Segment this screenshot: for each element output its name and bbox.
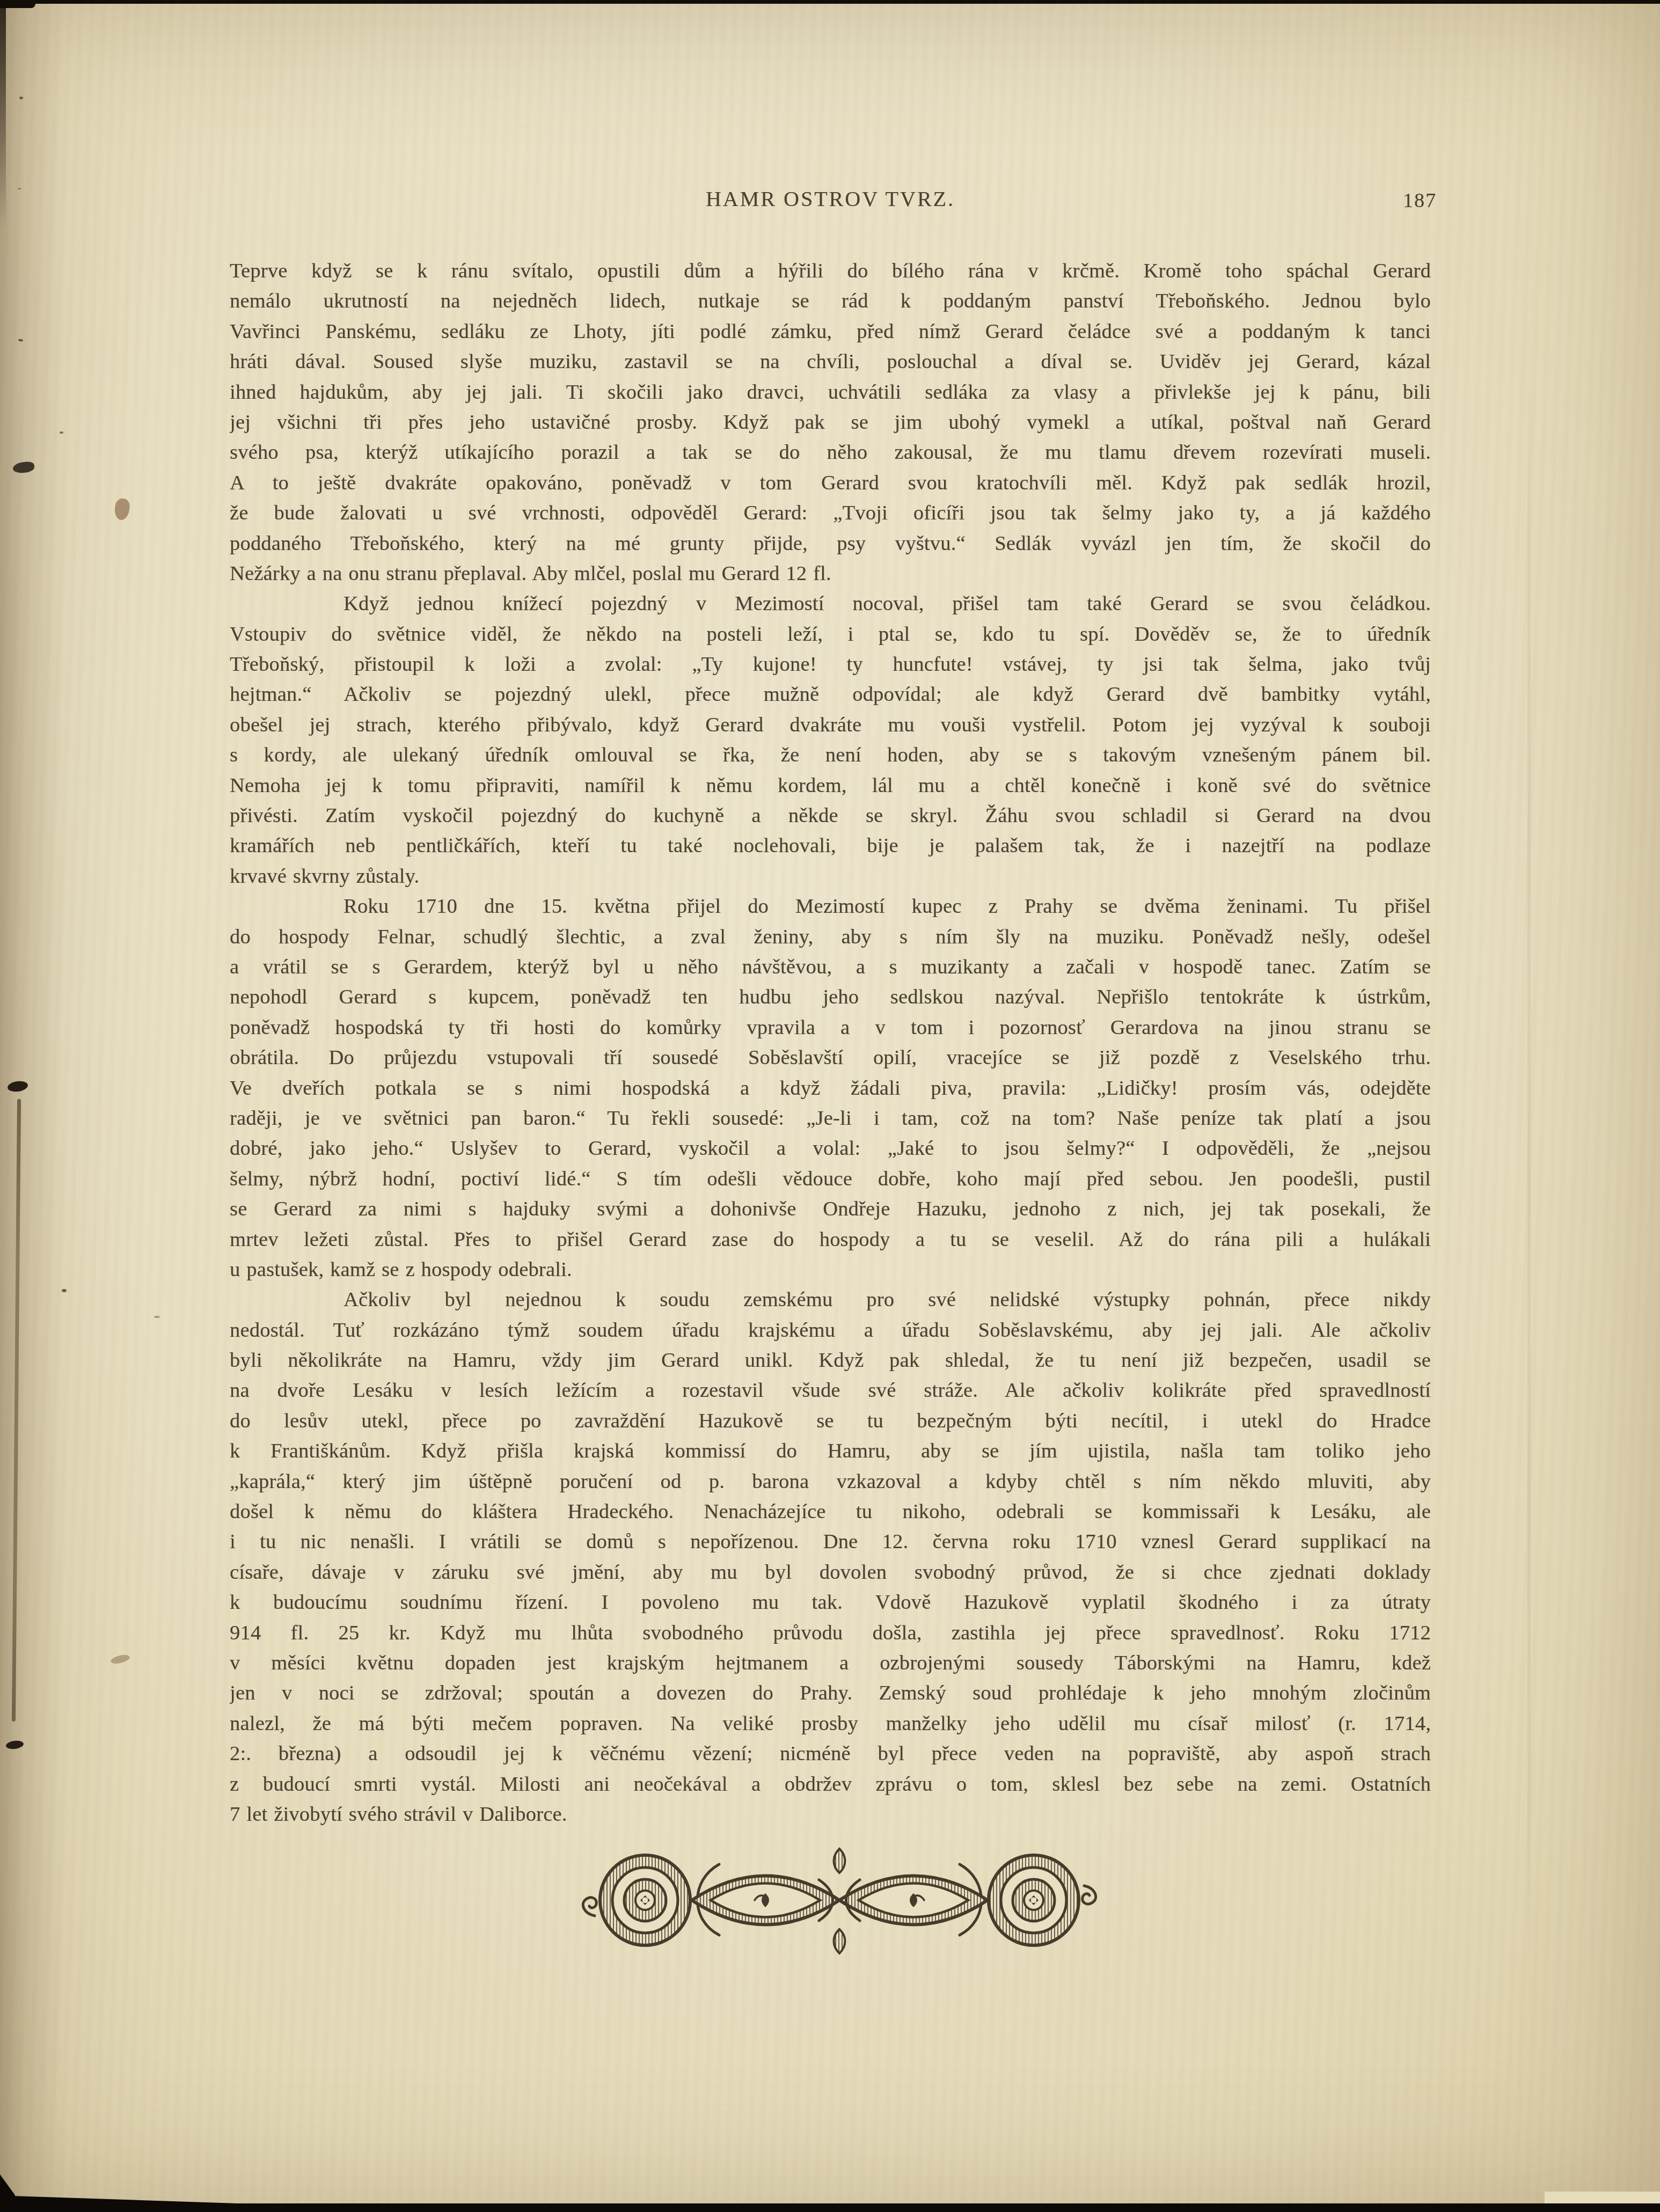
text-line: v měsíci květnu dopaden jest krajským he… — [230, 1648, 1431, 1678]
text-line: nemálo ukrutností na nejedněch lidech, n… — [230, 286, 1431, 316]
text-line: nedostál. Tuť rozkázáno týmž soudem úřad… — [230, 1315, 1431, 1345]
text-line: nepohodl Gerard s kupcem, poněvadž ten h… — [230, 982, 1431, 1012]
text-line: mrtev ležeti zůstal. Přes to přišel Gera… — [230, 1225, 1431, 1255]
text-line: do lesův utekl, přece po zavraždění Hazu… — [230, 1406, 1431, 1436]
page-gutter-shadow-top — [0, 0, 6, 231]
text-line: poddaného Třeboňského, který na mé grunt… — [230, 529, 1431, 559]
scan-edge-bottom — [0, 2203, 1660, 2212]
text-line: krvavé skvrny zůstaly. — [230, 861, 1431, 891]
text-line: svého psa, kterýž utíkajícího porazil a … — [230, 437, 1431, 467]
text-line: Vavřinci Panskému, sedláku ze Lhoty, jít… — [230, 317, 1431, 347]
text-line: „kaprála,“ který jim úštěpně poručení od… — [230, 1467, 1431, 1497]
page-gutter-shadow — [0, 0, 64, 2212]
text-line: do hospody Felnar, schudlý šlechtic, a z… — [230, 922, 1431, 952]
text-line: přivésti. Zatím vyskočil pojezdný do kuc… — [230, 801, 1431, 831]
text-line: Když jednou knížecí pojezdný v Mezimostí… — [230, 589, 1431, 619]
text-line: Nežárky a na onu stranu přeplaval. Aby m… — [230, 559, 1431, 589]
text-line: se Gerard za nimi s hajduky svými a doho… — [230, 1194, 1431, 1224]
text-line: hejtman.“ Ačkoliv se pojezdný ulekl, pře… — [230, 679, 1431, 709]
text-line: obrátila. Do průjezdu vstupovali tří sou… — [230, 1043, 1431, 1073]
text-line: 914 fl. 25 kr. Když mu lhůta svobodného … — [230, 1618, 1431, 1648]
tailpiece-ornament-graphic — [576, 1846, 1102, 1956]
text-line: že bude žalovati u své vrchnosti, odpově… — [230, 498, 1431, 528]
text-line: kramářích neb pentličkářích, kteří tu ta… — [230, 831, 1431, 861]
text-line: 2:. března) a odsoudil jej k věčnému věz… — [230, 1739, 1431, 1769]
text-line: k Františkánům. Když přišla krajská komm… — [230, 1436, 1431, 1466]
text-line: obešel jej strach, kterého přibývalo, kd… — [230, 710, 1431, 740]
page-header: HAMR OSTROV TVRZ. 187 — [230, 188, 1431, 220]
text-line: hráti dával. Soused slyše muziku, zastav… — [230, 347, 1431, 377]
text-line: jej všichni tři přes jeho ustavičné pros… — [230, 407, 1431, 437]
text-line: na dvoře Lesáku v lesích ležícím a rozes… — [230, 1375, 1431, 1405]
text-line: i tu nic nenašli. I vrátili se domů s ne… — [230, 1527, 1431, 1557]
scan-edge-corner — [1545, 2192, 1660, 2203]
text-line: Nemoha jej k tomu připraviti, namířil k … — [230, 771, 1431, 801]
body-text: Teprve když se k ránu svítalo, opustili … — [230, 256, 1431, 1829]
text-line: u pastušek, kamž se z hospody odebrali. — [230, 1255, 1431, 1285]
text-line: nalezl, že má býti mečem popraven. Na ve… — [230, 1709, 1431, 1739]
page-number: 187 — [1403, 190, 1437, 211]
text-line: Ve dveřích potkala se s nimi hospodská a… — [230, 1073, 1431, 1103]
scan-speck — [110, 1653, 130, 1665]
text-line: Roku 1710 dne 15. května přijel do Mezim… — [230, 891, 1431, 921]
text-line: a vrátil se s Gerardem, kterýž byl u něh… — [230, 952, 1431, 982]
text-line: raději, je ve světnici pan baron.“ Tu ře… — [230, 1103, 1431, 1133]
scan-edge-top — [0, 0, 1660, 4]
running-head: HAMR OSTROV TVRZ. — [230, 188, 1431, 210]
text-line: císaře, dávaje v záruku své jmění, aby m… — [230, 1557, 1431, 1587]
text-line: A to ještě dvakráte opakováno, poněvadž … — [230, 468, 1431, 498]
scan-edge-corner — [0, 0, 35, 8]
text-line: z budoucí smrti vystál. Milosti ani neoč… — [230, 1769, 1431, 1799]
text-line: byli několikráte na Hamru, vždy jim Gera… — [230, 1345, 1431, 1375]
scan-speck — [154, 1316, 160, 1318]
text-line: dobré, jako jeho.“ Uslyšev to Gerard, vy… — [230, 1133, 1431, 1163]
scan-speck — [114, 498, 131, 521]
text-line: 7 let živobytí svého strávil v Daliborce… — [230, 1799, 1431, 1829]
text-line: jen v noci se zdržoval; spoután a doveze… — [230, 1678, 1431, 1708]
text-line: došel k němu do kláštera Hradeckého. Nen… — [230, 1497, 1431, 1527]
text-line: s kordy, ale ulekaný úředník omlouval se… — [230, 740, 1431, 770]
text-line: Teprve když se k ránu svítalo, opustili … — [230, 256, 1431, 286]
text-line: ihned hajdukům, aby jej jali. Ti skočili… — [230, 377, 1431, 407]
text-line: Třeboňský, přistoupil k loži a zvolal: „… — [230, 649, 1431, 679]
text-line: Ačkoliv byl nejednou k soudu zemskému pr… — [230, 1285, 1431, 1315]
text-line: poněvadž hospodská ty tři hosti do komůr… — [230, 1013, 1431, 1043]
scan-crease — [1527, 322, 1531, 2039]
text-line: k budoucímu soudnímu řízení. I povoleno … — [230, 1587, 1431, 1617]
text-line: Vstoupiv do světnice viděl, že někdo na … — [230, 619, 1431, 649]
text-line: šelmy, nýbrž hodní, poctiví lidé.“ S tím… — [230, 1164, 1431, 1194]
book-page: HAMR OSTROV TVRZ. 187 Teprve když se k r… — [0, 0, 1660, 2212]
